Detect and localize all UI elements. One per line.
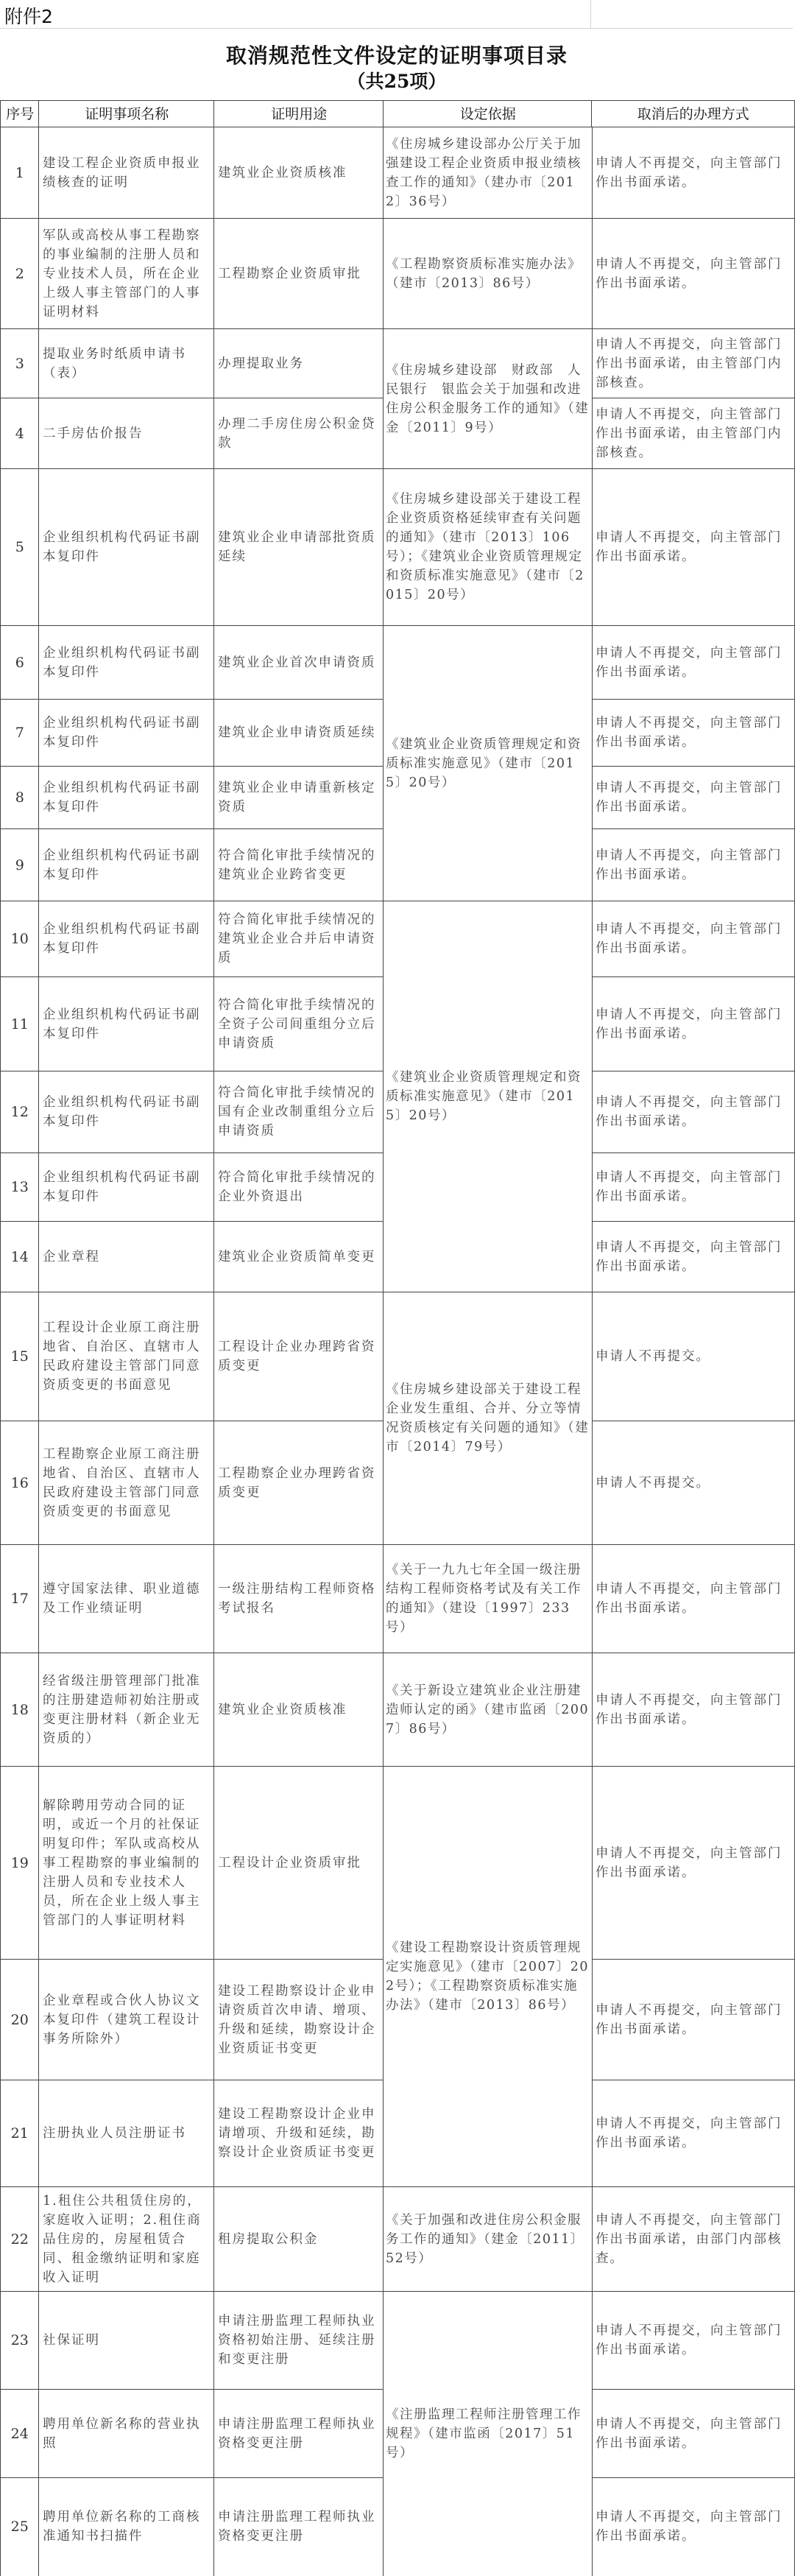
row-name-text: 经省级注册管理部门批准的注册建造师初始注册或变更注册材料（新企业无资质的） (39, 1672, 214, 1748)
row-method-text: 申请人不再提交，向主管部门作出书面承诺。 (592, 2321, 794, 2359)
row-seq-text: 2 (1, 264, 39, 284)
row-use-text: 符合简化审批手续情况的企业外资退出 (214, 1168, 384, 1206)
row-seq: 2 (0, 218, 40, 330)
row-seq: 6 (0, 625, 40, 700)
row-method: 申请人不再提交，向主管部门作出书面承诺。 (591, 1544, 795, 1654)
row-method: 申请人不再提交，向主管部门作出书面承诺。 (591, 976, 795, 1072)
row-basis: 《建筑业企业资质管理规定和资质标准实施意见》（建市〔2015〕20号） (383, 901, 593, 1293)
row-basis-text: 《关于一九九七年全国一级注册结构工程师资格考试及有关工作的通知》（建设〔1997… (384, 1560, 592, 1637)
row-name-text: 企业组织机构代码证书副本复印件 (39, 778, 214, 817)
row-seq: 4 (0, 398, 40, 470)
row-seq: 9 (0, 828, 40, 902)
row-name-text: 工程勘察企业原工商注册地省、自治区、直辖市人民政府建设主管部门同意资质变更的书面… (39, 1445, 214, 1521)
row-method-text: 申请人不再提交，向主管部门作出书面承诺。 (592, 846, 794, 884)
row-method: 申请人不再提交，向主管部门作出书面承诺。 (591, 2477, 795, 2576)
attachment-label: 附件2 (4, 2, 53, 29)
row-seq: 7 (0, 699, 40, 767)
row-seq: 1 (0, 127, 40, 219)
row-basis: 《注册监理工程师注册管理工作规程》（建市监函〔2017〕51号） (383, 2291, 593, 2576)
row-method-text: 申请人不再提交，向主管部门作出书面承诺。 (592, 1168, 794, 1206)
row-name-text: 企业组织机构代码证书副本复印件 (39, 644, 214, 682)
row-seq-text: 22 (1, 2230, 39, 2249)
row-seq: 18 (0, 1653, 40, 1767)
row-name: 企业章程 (38, 1221, 215, 1293)
row-use-text: 建筑业企业申请资质延续 (214, 723, 379, 742)
row-use-text: 工程设计企业资质审批 (214, 1854, 364, 1873)
row-use: 建筑业企业资质核准 (213, 1653, 384, 1767)
row-basis: 《建筑业企业资质管理规定和资质标准实施意见》（建市〔2015〕20号） (383, 625, 593, 902)
row-name-text: 建设工程企业资质申报业绩核查的证明 (39, 154, 214, 192)
row-use-text: 申请注册监理工程师执业资格初始注册、延续注册和变更注册 (214, 2312, 384, 2369)
row-name: 经省级注册管理部门批准的注册建造师初始注册或变更注册材料（新企业无资质的） (38, 1653, 215, 1767)
row-seq: 19 (0, 1766, 40, 1960)
row-use-text: 符合简化审批手续情况的国有企业改制重组分立后申请资质 (214, 1083, 384, 1141)
row-seq: 15 (0, 1292, 40, 1422)
row-method-text: 申请人不再提交，向主管部门作出书面承诺。 (592, 2114, 794, 2153)
row-basis: 《关于新设立建筑业企业注册建造师认定的函》（建市监函〔2007〕86号） (383, 1653, 593, 1767)
row-use-text: 符合简化审批手续情况的建筑业企业合并后申请资质 (214, 910, 384, 968)
row-use-text: 建筑业企业申请部批资质延续 (214, 528, 384, 566)
row-method-text: 申请人不再提交，向主管部门作出书面承诺。 (592, 1844, 794, 1882)
row-method: 申请人不再提交，向主管部门作出书面承诺。 (591, 901, 795, 978)
row-use-text: 办理二手房住房公积金贷款 (214, 415, 384, 453)
row-name: 二手房估价报告 (38, 398, 215, 470)
row-use: 建设工程勘察设计企业申请增项、升级和延续，勘察设计企业资质证书变更 (213, 2080, 384, 2188)
row-use: 租房提取公积金 (213, 2186, 384, 2292)
attachment-header: 附件2 (0, 0, 793, 29)
row-seq-text: 19 (1, 1854, 39, 1873)
row-name-text: 企业组织机构代码证书副本复印件 (39, 846, 214, 884)
row-basis-text: 《关于加强和改进住房公积金服务工作的通知》（建金〔2011〕52号） (384, 2211, 592, 2268)
row-name: 企业组织机构代码证书副本复印件 (38, 828, 215, 902)
row-name-text: 企业章程 (39, 1247, 103, 1267)
row-basis: 《住房城乡建设部关于建设工程企业发生重组、合并、分立等情况资质核定有关问题的通知… (383, 1292, 593, 1546)
row-name: 解除聘用劳动合同的证明，或近一个月的社保证明复印件；军队或高校从事工程勘察的事业… (38, 1766, 215, 1960)
row-method-text: 申请人不再提交，向主管部门作出书面承诺。 (592, 2001, 794, 2039)
row-method: 申请人不再提交，向主管部门作出书面承诺。 (591, 1071, 795, 1154)
row-name-text: 遵守国家法律、职业道德及工作业绩证明 (39, 1580, 214, 1618)
row-seq-text: 12 (1, 1102, 39, 1122)
row-name-text: 提取业务时纸质申请书（表） (39, 345, 214, 383)
row-seq: 25 (0, 2477, 40, 2576)
row-name: 聘用单位新名称的工商核准通知书扫描件 (38, 2477, 215, 2576)
column-header-method-text: 取消后的办理方式 (592, 105, 794, 124)
row-name: 企业组织机构代码证书副本复印件 (38, 901, 215, 978)
row-seq-text: 23 (1, 2331, 39, 2350)
row-method: 申请人不再提交，向主管部门作出书面承诺。 (591, 2291, 795, 2390)
row-seq-text: 10 (1, 929, 39, 949)
column-header-method: 取消后的办理方式 (591, 100, 795, 128)
row-seq-text: 18 (1, 1700, 39, 1720)
row-seq-text: 16 (1, 1474, 39, 1493)
row-seq: 16 (0, 1421, 40, 1546)
row-seq-text: 25 (1, 2517, 39, 2536)
row-method-text: 申请人不再提交，向主管部门作出书面承诺。 (592, 255, 794, 293)
row-seq: 22 (0, 2186, 40, 2292)
row-use-text: 建筑业企业首次申请资质 (214, 653, 379, 672)
row-seq-text: 14 (1, 1247, 39, 1267)
row-seq: 12 (0, 1071, 40, 1154)
row-basis-text: 《建筑业企业资质管理规定和资质标准实施意见》（建市〔2015〕20号） (384, 1068, 592, 1125)
row-use: 建筑业企业首次申请资质 (213, 625, 384, 700)
row-name: 企业组织机构代码证书副本复印件 (38, 766, 215, 830)
row-use: 申请注册监理工程师执业资格初始注册、延续注册和变更注册 (213, 2291, 384, 2390)
row-seq: 23 (0, 2291, 40, 2390)
row-use-text: 建设工程勘察设计企业申请资质首次申请、增项、升级和延续，勘察设计企业资质证书变更 (214, 1982, 384, 2058)
row-method-text: 申请人不再提交，向主管部门作出书面承诺。 (592, 528, 794, 566)
row-seq-text: 20 (1, 2010, 39, 2030)
row-name-text: 1.租住公共租赁住房的，家庭收入证明；2.租住商品住房的，房屋租赁合同、租金缴纳… (39, 2192, 214, 2287)
column-header-seq-text: 序号 (1, 105, 39, 124)
row-method: 申请人不再提交，向主管部门作出书面承诺，由部门内部核查。 (591, 2186, 795, 2292)
row-seq: 8 (0, 766, 40, 830)
row-method: 申请人不再提交，向主管部门作出书面承诺。 (591, 468, 795, 627)
row-name: 军队或高校从事工程勘察的事业编制的注册人员和专业技术人员，所在企业上级人事主管部… (38, 218, 215, 330)
row-basis-text: 《住房城乡建设部 财政部 人民银行 银监会关于加强和改进住房公积金服务工作的通知… (384, 361, 592, 437)
row-name-text: 二手房估价报告 (39, 424, 146, 443)
column-header-basis-text: 设定依据 (384, 105, 592, 124)
row-use: 符合简化审批手续情况的企业外资退出 (213, 1152, 384, 1222)
row-method-text: 申请人不再提交，向主管部门作出书面承诺。 (592, 714, 794, 752)
row-use: 工程勘察企业资质审批 (213, 218, 384, 330)
row-use-text: 办理提取业务 (214, 354, 307, 373)
row-basis: 《建设工程勘察设计资质管理规定实施意见》（建市〔2007〕202号）；《工程勘察… (383, 1766, 593, 2188)
row-basis: 《住房城乡建设部办公厅关于加强建设工程企业资质申报业绩核查工作的通知》（建办市〔… (383, 127, 593, 219)
row-name-text: 企业章程或合伙人协议文本复印件（建筑工程设计事务所除外） (39, 1991, 214, 2049)
row-method: 申请人不再提交，向主管部门作出书面承诺。 (591, 1152, 795, 1222)
row-method-text: 申请人不再提交。 (592, 1347, 713, 1366)
row-method-text: 申请人不再提交，向主管部门作出书面承诺。 (592, 2508, 794, 2546)
row-method: 申请人不再提交。 (591, 1292, 795, 1422)
row-name: 聘用单位新名称的营业执照 (38, 2389, 215, 2479)
row-use: 一级注册结构工程师资格考试报名 (213, 1544, 384, 1654)
row-method-text: 申请人不再提交，向主管部门作出书面承诺。 (592, 1691, 794, 1729)
row-use: 工程设计企业资质审批 (213, 1766, 384, 1960)
row-method: 申请人不再提交，向主管部门作出书面承诺。 (591, 828, 795, 902)
title-block: 取消规范性文件设定的证明事项目录 （共25项） (0, 28, 794, 100)
row-name-text: 企业组织机构代码证书副本复印件 (39, 920, 214, 958)
row-use-text: 建筑业企业申请重新核定资质 (214, 778, 384, 817)
row-use: 申请注册监理工程师执业资格变更注册 (213, 2389, 384, 2479)
row-basis-text: 《工程勘察资质标准实施办法》（建市〔2013〕86号） (384, 255, 592, 293)
column-header-seq: 序号 (0, 100, 40, 128)
row-method: 申请人不再提交，向主管部门作出书面承诺。 (591, 127, 795, 219)
row-name: 企业组织机构代码证书副本复印件 (38, 1152, 215, 1222)
row-basis: 《工程勘察资质标准实施办法》（建市〔2013〕86号） (383, 218, 593, 330)
row-method: 申请人不再提交，向主管部门作出书面承诺。 (591, 2080, 795, 2188)
row-basis-text: 《住房城乡建设部关于建设工程企业资质资格延续审查有关问题的通知》（建市〔2013… (384, 490, 592, 605)
row-method: 申请人不再提交，向主管部门作出书面承诺。 (591, 1221, 795, 1293)
row-name: 注册执业人员注册证书 (38, 2080, 215, 2188)
row-basis-text: 《住房城乡建设部办公厅关于加强建设工程企业资质申报业绩核查工作的通知》（建办市〔… (384, 135, 592, 211)
row-name-text: 企业组织机构代码证书副本复印件 (39, 1093, 214, 1131)
row-name-text: 聘用单位新名称的营业执照 (39, 2415, 214, 2453)
row-name: 社保证明 (38, 2291, 215, 2390)
row-seq: 13 (0, 1152, 40, 1222)
row-use-text: 符合简化审批手续情况的全资子公司间重组分立后申请资质 (214, 996, 384, 1053)
row-use-text: 建筑业企业资质核准 (214, 1700, 350, 1720)
row-seq-text: 7 (1, 723, 39, 742)
row-basis-text: 《建筑业企业资质管理规定和资质标准实施意见》（建市〔2015〕20号） (384, 735, 592, 792)
row-seq: 10 (0, 901, 40, 978)
row-name-text: 企业组织机构代码证书副本复印件 (39, 714, 214, 752)
row-method: 申请人不再提交，向主管部门作出书面承诺。 (591, 218, 795, 330)
row-seq-text: 21 (1, 2124, 39, 2143)
row-seq: 11 (0, 976, 40, 1072)
row-name-text: 聘用单位新名称的工商核准通知书扫描件 (39, 2508, 214, 2546)
row-method-text: 申请人不再提交，向主管部门作出书面承诺。 (592, 1005, 794, 1044)
row-use: 建设工程勘察设计企业申请资质首次申请、增项、升级和延续，勘察设计企业资质证书变更 (213, 1959, 384, 2081)
row-use: 申请注册监理工程师执业资格变更注册 (213, 2477, 384, 2576)
row-method-text: 申请人不再提交，向主管部门作出书面承诺，由部门内部核查。 (592, 2211, 794, 2268)
row-method: 申请人不再提交，向主管部门作出书面承诺。 (591, 625, 795, 700)
row-seq-text: 6 (1, 653, 39, 672)
row-method-text: 申请人不再提交，向主管部门作出书面承诺，由主管部门内部核查。 (592, 335, 794, 393)
column-header-use-text: 证明用途 (214, 105, 384, 124)
row-seq: 24 (0, 2389, 40, 2479)
row-name: 企业组织机构代码证书副本复印件 (38, 1071, 215, 1154)
row-seq-text: 17 (1, 1589, 39, 1608)
row-use-text: 建筑业企业资质简单变更 (214, 1247, 379, 1267)
row-seq: 17 (0, 1544, 40, 1654)
row-use: 工程勘察企业办理跨省资质变更 (213, 1421, 384, 1546)
row-use: 建筑业企业申请部批资质延续 (213, 468, 384, 627)
row-name: 企业组织机构代码证书副本复印件 (38, 976, 215, 1072)
row-name: 遵守国家法律、职业道德及工作业绩证明 (38, 1544, 215, 1654)
row-name-text: 企业组织机构代码证书副本复印件 (39, 1168, 214, 1206)
row-name-text: 企业组织机构代码证书副本复印件 (39, 1005, 214, 1044)
row-basis-text: 《关于新设立建筑业企业注册建造师认定的函》（建市监函〔2007〕86号） (384, 1681, 592, 1739)
row-seq: 5 (0, 468, 40, 627)
row-name: 建设工程企业资质申报业绩核查的证明 (38, 127, 215, 219)
row-method-text: 申请人不再提交，向主管部门作出书面承诺。 (592, 644, 794, 682)
row-use-text: 申请注册监理工程师执业资格变更注册 (214, 2508, 384, 2546)
row-basis: 《关于一九九七年全国一级注册结构工程师资格考试及有关工作的通知》（建设〔1997… (383, 1544, 593, 1654)
row-basis-text: 《注册监理工程师注册管理工作规程》（建市监函〔2017〕51号） (384, 2405, 592, 2463)
row-method: 申请人不再提交，向主管部门作出书面承诺。 (591, 766, 795, 830)
row-method: 申请人不再提交，向主管部门作出书面承诺。 (591, 699, 795, 767)
row-method-text: 申请人不再提交。 (592, 1474, 713, 1493)
row-method: 申请人不再提交，向主管部门作出书面承诺。 (591, 1653, 795, 1767)
row-seq-text: 3 (1, 354, 39, 373)
row-method-text: 申请人不再提交，向主管部门作出书面承诺。 (592, 778, 794, 817)
row-name: 1.租住公共租赁住房的，家庭收入证明；2.租住商品住房的，房屋租赁合同、租金缴纳… (38, 2186, 215, 2292)
row-use: 符合简化审批手续情况的建筑业企业跨省变更 (213, 828, 384, 902)
page-subtitle: （共25项） (0, 69, 794, 94)
row-name-text: 企业组织机构代码证书副本复印件 (39, 528, 214, 566)
row-use: 工程设计企业办理跨省资质变更 (213, 1292, 384, 1422)
row-use-text: 工程设计企业办理跨省资质变更 (214, 1337, 384, 1376)
row-seq-text: 4 (1, 424, 39, 443)
row-seq-text: 15 (1, 1347, 39, 1366)
row-method-text: 申请人不再提交，向主管部门作出书面承诺。 (592, 920, 794, 958)
row-method: 申请人不再提交，向主管部门作出书面承诺，由主管部门内部核查。 (591, 398, 795, 470)
row-name: 工程设计企业原工商注册地省、自治区、直辖市人民政府建设主管部门同意资质变更的书面… (38, 1292, 215, 1422)
row-seq: 21 (0, 2080, 40, 2188)
row-basis: 《住房城乡建设部 财政部 人民银行 银监会关于加强和改进住房公积金服务工作的通知… (383, 328, 593, 470)
row-name: 企业组织机构代码证书副本复印件 (38, 468, 215, 627)
row-name-text: 社保证明 (39, 2331, 103, 2350)
row-use: 符合简化审批手续情况的建筑业企业合并后申请资质 (213, 901, 384, 978)
column-header-basis: 设定依据 (383, 100, 593, 128)
row-use: 办理提取业务 (213, 328, 384, 399)
row-use-text: 建设工程勘察设计企业申请增项、升级和延续，勘察设计企业资质证书变更 (214, 2105, 384, 2162)
row-use: 符合简化审批手续情况的全资子公司间重组分立后申请资质 (213, 976, 384, 1072)
column-header-use: 证明用途 (213, 100, 384, 128)
row-method-text: 申请人不再提交，向主管部门作出书面承诺。 (592, 1238, 794, 1276)
row-seq: 3 (0, 328, 40, 399)
row-name: 企业组织机构代码证书副本复印件 (38, 625, 215, 700)
row-name: 工程勘察企业原工商注册地省、自治区、直辖市人民政府建设主管部门同意资质变更的书面… (38, 1421, 215, 1546)
row-basis-text: 《建设工程勘察设计资质管理规定实施意见》（建市〔2007〕202号）；《工程勘察… (384, 1938, 592, 2015)
row-seq-text: 13 (1, 1178, 39, 1197)
row-basis: 《住房城乡建设部关于建设工程企业资质资格延续审查有关问题的通知》（建市〔2013… (383, 468, 593, 627)
row-use: 符合简化审批手续情况的国有企业改制重组分立后申请资质 (213, 1071, 384, 1154)
row-use-text: 租房提取公积金 (214, 2230, 322, 2249)
row-use: 建筑业企业资质核准 (213, 127, 384, 219)
divider (590, 0, 591, 28)
row-method-text: 申请人不再提交，向主管部门作出书面承诺，由主管部门内部核查。 (592, 405, 794, 462)
row-seq-text: 5 (1, 538, 39, 557)
row-name-text: 军队或高校从事工程勘察的事业编制的注册人员和专业技术人员，所在企业上级人事主管部… (39, 226, 214, 322)
row-name-text: 工程设计企业原工商注册地省、自治区、直辖市人民政府建设主管部门同意资质变更的书面… (39, 1318, 214, 1395)
row-seq-text: 9 (1, 856, 39, 875)
row-seq-text: 11 (1, 1015, 39, 1034)
row-seq: 20 (0, 1959, 40, 2081)
row-name: 企业章程或合伙人协议文本复印件（建筑工程设计事务所除外） (38, 1959, 215, 2081)
row-basis-text: 《住房城乡建设部关于建设工程企业发生重组、合并、分立等情况资质核定有关问题的通知… (384, 1380, 592, 1457)
row-method: 申请人不再提交，向主管部门作出书面承诺，由主管部门内部核查。 (591, 328, 795, 399)
row-method-text: 申请人不再提交，向主管部门作出书面承诺。 (592, 1580, 794, 1618)
row-use-text: 申请注册监理工程师执业资格变更注册 (214, 2415, 384, 2453)
row-name: 提取业务时纸质申请书（表） (38, 328, 215, 399)
row-use: 建筑业企业资质简单变更 (213, 1221, 384, 1293)
row-method: 申请人不再提交，向主管部门作出书面承诺。 (591, 2389, 795, 2479)
row-method: 申请人不再提交，向主管部门作出书面承诺。 (591, 1766, 795, 1960)
row-method-text: 申请人不再提交，向主管部门作出书面承诺。 (592, 1093, 794, 1131)
row-seq-text: 8 (1, 788, 39, 807)
page-title: 取消规范性文件设定的证明事项目录 (0, 43, 794, 69)
column-header-name: 证明事项名称 (38, 100, 215, 128)
row-method: 申请人不再提交，向主管部门作出书面承诺。 (591, 1959, 795, 2081)
row-seq-text: 1 (1, 163, 39, 183)
row-method: 申请人不再提交。 (591, 1421, 795, 1546)
row-use-text: 符合简化审批手续情况的建筑业企业跨省变更 (214, 846, 384, 884)
row-use-text: 建筑业企业资质核准 (214, 163, 350, 183)
column-header-name-text: 证明事项名称 (39, 105, 214, 124)
row-use: 建筑业企业申请重新核定资质 (213, 766, 384, 830)
row-use: 建筑业企业申请资质延续 (213, 699, 384, 767)
row-use-text: 一级注册结构工程师资格考试报名 (214, 1580, 384, 1618)
row-seq: 14 (0, 1221, 40, 1293)
row-name: 企业组织机构代码证书副本复印件 (38, 699, 215, 767)
row-name-text: 解除聘用劳动合同的证明，或近一个月的社保证明复印件；军队或高校从事工程勘察的事业… (39, 1796, 214, 1930)
row-use: 办理二手房住房公积金贷款 (213, 398, 384, 470)
row-seq-text: 24 (1, 2424, 39, 2443)
row-use-text: 工程勘察企业办理跨省资质变更 (214, 1464, 384, 1502)
row-method-text: 申请人不再提交，向主管部门作出书面承诺。 (592, 154, 794, 192)
row-method-text: 申请人不再提交，向主管部门作出书面承诺。 (592, 2415, 794, 2453)
row-use-text: 工程勘察企业资质审批 (214, 264, 364, 284)
row-name-text: 注册执业人员注册证书 (39, 2124, 189, 2143)
row-basis: 《关于加强和改进住房公积金服务工作的通知》（建金〔2011〕52号） (383, 2186, 593, 2292)
